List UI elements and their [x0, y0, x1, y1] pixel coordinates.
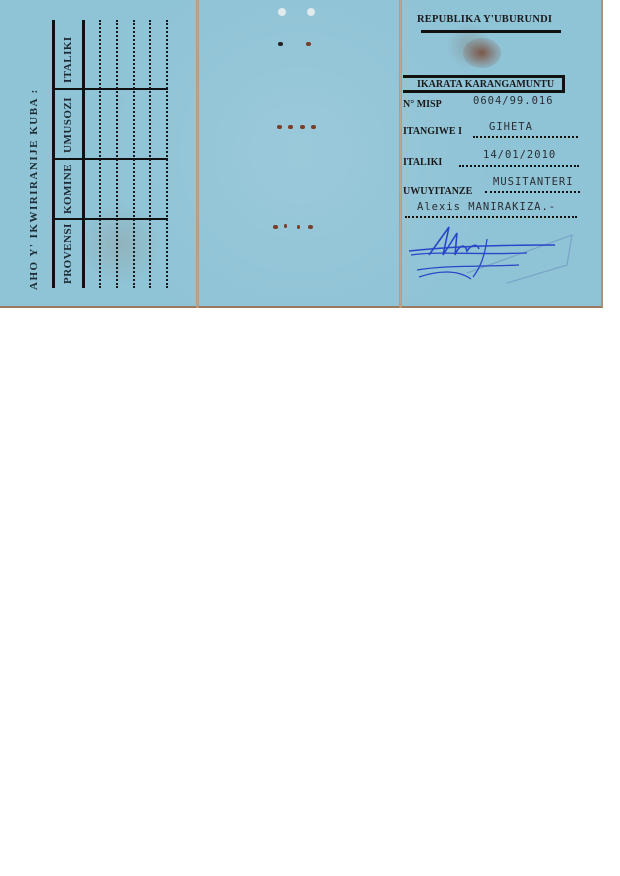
- dotted-line: [405, 216, 577, 218]
- staple-hole: [278, 42, 283, 46]
- column-header-provensi: PROVENSI: [62, 223, 74, 284]
- table-row-divider: [54, 88, 168, 90]
- staple-mark: [278, 8, 286, 16]
- table-column-line: [166, 20, 168, 288]
- field-label: N° MISP: [403, 99, 442, 110]
- field-value-misp: 0604/99.016: [473, 95, 554, 107]
- field-value-date: 14/01/2010: [483, 149, 556, 161]
- issuer-name: Alexis MANIRAKIZA.-: [417, 201, 556, 213]
- field-value-issued-at: GIHETA: [489, 121, 533, 133]
- column-header-umusozi: UMUSOZI: [62, 97, 74, 153]
- dotted-line: [459, 165, 579, 167]
- staple-hole: [288, 125, 293, 129]
- field-label: ITALIKI: [403, 157, 442, 168]
- blank-middle-panel: [199, 0, 399, 306]
- dotted-line: [473, 136, 578, 138]
- table-column-line: [116, 20, 118, 288]
- table-row-divider: [54, 218, 168, 220]
- residence-table-title: AHO Y' IKWIRIRANIJE KUBA :: [28, 40, 40, 290]
- stain-mark: [463, 38, 501, 68]
- column-header-komine: KOMINE: [62, 164, 74, 214]
- staple-hole: [273, 225, 278, 229]
- staple-mark: [307, 8, 315, 16]
- header-underline: [421, 30, 561, 33]
- dotted-line: [485, 191, 580, 193]
- table-column-line: [99, 20, 101, 288]
- id-card: AHO Y' IKWIRIRANIJE KUBA : PROVENSI KOMI…: [0, 0, 603, 308]
- card-title: IKARATA KARANGAMUNTU: [417, 79, 554, 90]
- staple-hole: [297, 225, 300, 229]
- fold-line-right: [399, 0, 402, 308]
- field-value-issuer-title: MUSITANTERI: [493, 176, 574, 188]
- staple-hole: [306, 42, 311, 46]
- identity-info-panel: REPUBLIKA Y'UBURUNDI IKARATA KARANGAMUNT…: [403, 0, 601, 306]
- table-header-divider: [82, 20, 85, 288]
- table-row-divider: [54, 158, 168, 160]
- staple-hole: [311, 125, 316, 129]
- field-label: UWUYITANZE: [403, 186, 472, 197]
- staple-hole: [308, 225, 313, 229]
- staple-hole: [284, 224, 287, 228]
- card-title-box: IKARATA KARANGAMUNTU: [403, 75, 565, 93]
- field-label: ITANGIWE I: [403, 126, 462, 137]
- country-header: REPUBLIKA Y'UBURUNDI: [417, 14, 552, 25]
- signature-icon: [407, 225, 577, 285]
- column-header-italiki: ITALIKI: [62, 36, 74, 83]
- table-column-line: [149, 20, 151, 288]
- residence-table-panel: AHO Y' IKWIRIRANIJE KUBA : PROVENSI KOMI…: [0, 0, 196, 306]
- staple-hole: [300, 125, 305, 129]
- staple-hole: [277, 125, 282, 129]
- table-column-line: [133, 20, 135, 288]
- table-border-left: [52, 20, 55, 288]
